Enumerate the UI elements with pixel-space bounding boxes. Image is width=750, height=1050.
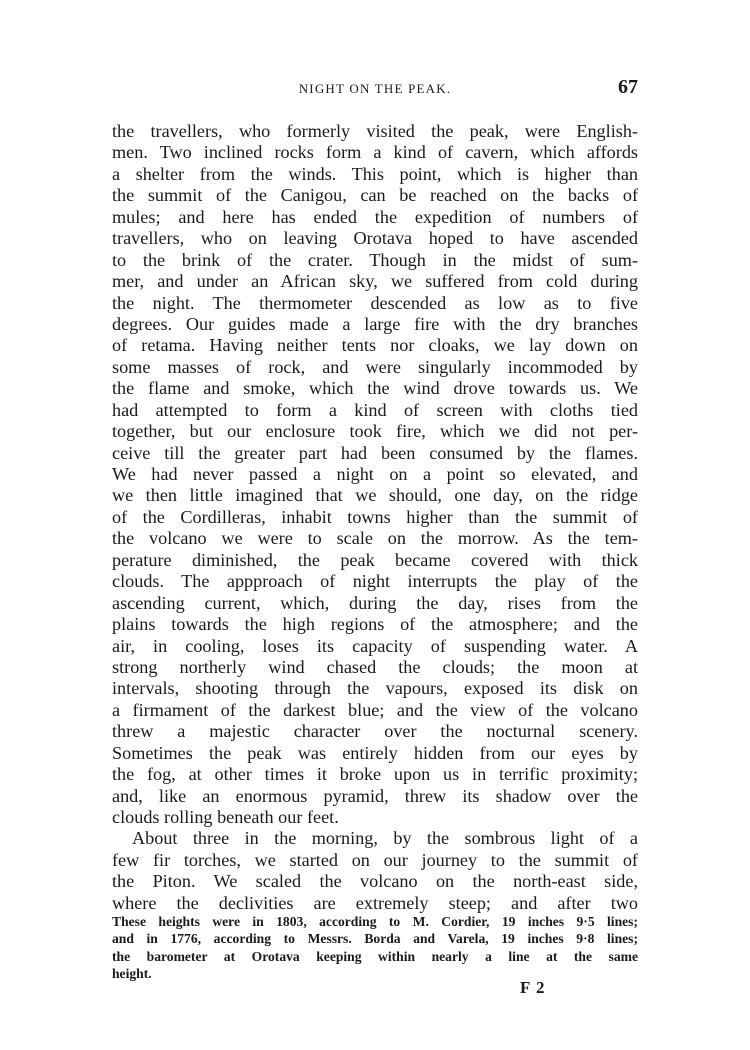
- text-line: degrees. Our guides made a large fire wi…: [112, 314, 638, 335]
- text-line: some masses of rock, and were singularly…: [112, 357, 638, 378]
- text-line: travellers, who on leaving Orotava hoped…: [112, 228, 638, 249]
- text-line: Sometimes the peak was entirely hidden f…: [112, 743, 638, 764]
- text-line: ceive till the greater part had been con…: [112, 443, 638, 464]
- text-line: a firmament of the darkest blue; and the…: [112, 700, 638, 721]
- running-title: NIGHT ON THE PEAK.: [112, 81, 638, 97]
- text-line: a shelter from the winds. This point, wh…: [112, 164, 638, 185]
- text-line: intervals, shooting through the vapours,…: [112, 678, 638, 699]
- text-line: we then little imagined that we should, …: [112, 485, 638, 506]
- footnote-line: height.: [112, 965, 638, 982]
- page-number: 67: [618, 76, 638, 99]
- text-line: mer, and under an African sky, we suffer…: [112, 271, 638, 292]
- text-line: clouds. The appproach of night interrupt…: [112, 571, 638, 592]
- text-line: where the declivities are extremely stee…: [112, 893, 638, 914]
- paragraph-start-line: About three in the morning, by the sombr…: [112, 828, 638, 849]
- text-line: had attempted to form a kind of screen w…: [112, 400, 638, 421]
- text-line: mules; and here has ended the expedition…: [112, 207, 638, 228]
- footnote-line: the barometer at Orotava keeping within …: [112, 948, 638, 965]
- paragraph-end-line: clouds rolling beneath our feet.: [112, 807, 638, 828]
- text-line: men. Two inclined rocks form a kind of c…: [112, 142, 638, 163]
- text-line: threw a majestic character over the noct…: [112, 721, 638, 742]
- text-line: together, but our enclosure took fire, w…: [112, 421, 638, 442]
- signature-mark: F 2: [520, 978, 546, 998]
- body-text: the travellers, who formerly visited the…: [112, 121, 638, 914]
- text-line: the volcano we were to scale on the morr…: [112, 528, 638, 549]
- text-line: the summit of the Canigou, can be reache…: [112, 185, 638, 206]
- book-page: NIGHT ON THE PEAK. 67 the travellers, wh…: [0, 0, 750, 1050]
- text-line: plains towards the high regions of the a…: [112, 614, 638, 635]
- footnote-line: and in 1776, according to Messrs. Borda …: [112, 930, 638, 947]
- text-line: and, like an enormous pyramid, threw its…: [112, 786, 638, 807]
- text-line: the Piton. We scaled the volcano on the …: [112, 871, 638, 892]
- footnote: These heights were in 1803, according to…: [112, 913, 638, 982]
- text-line: the fog, at other times it broke upon us…: [112, 764, 638, 785]
- text-line: of retama. Having neither tents nor cloa…: [112, 335, 638, 356]
- text-line: perature diminished, the peak became cov…: [112, 550, 638, 571]
- text-line: We had never passed a night on a point s…: [112, 464, 638, 485]
- text-line: to the brink of the crater. Though in th…: [112, 250, 638, 271]
- text-line: few fir torches, we started on our journ…: [112, 850, 638, 871]
- text-line: the travellers, who formerly visited the…: [112, 121, 638, 142]
- text-line: the night. The thermometer descended as …: [112, 293, 638, 314]
- text-line: the flame and smoke, which the wind drov…: [112, 378, 638, 399]
- footnote-line: These heights were in 1803, according to…: [112, 913, 638, 930]
- text-line: air, in cooling, loses its capacity of s…: [112, 636, 638, 657]
- text-line: strong northerly wind chased the clouds;…: [112, 657, 638, 678]
- running-head: NIGHT ON THE PEAK. 67: [112, 76, 638, 100]
- text-line: ascending current, which, during the day…: [112, 593, 638, 614]
- text-line: of the Cordilleras, inhabit towns higher…: [112, 507, 638, 528]
